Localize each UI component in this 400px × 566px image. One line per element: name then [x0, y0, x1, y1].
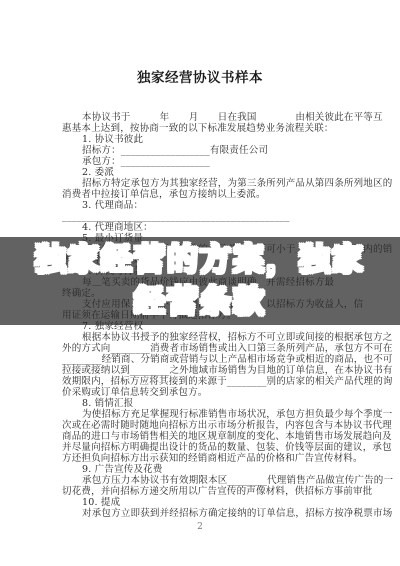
document-line: 拉接或接纳以到________之外地域市场销售为目地的订单信息，在本协议书有	[62, 365, 396, 376]
document-line: 2. 委派	[62, 167, 396, 178]
document-line: 3. 代理商品：	[62, 200, 396, 211]
blank-rule-line: ________________________________________…	[62, 211, 396, 222]
document-line: 8. 销情汇报	[62, 398, 396, 409]
document-page: 独家经营协议书样本 本协议书于 年 月 日在我国 由相关彼此在平等互惠基本上达到…	[0, 0, 400, 566]
document-line: 商品的进口与市场销售相关的地区规章制度的变化、本地销售市场发展趋向及	[62, 431, 396, 442]
document-line: 效期限内，招标方应将其接到的来源于________别的店家的相关产品代理的询	[62, 376, 396, 387]
headline-banner: 独家经营的方案，独家 经营条款	[0, 237, 400, 325]
document-line: 承包方：__________________	[62, 156, 396, 167]
document-line: 方还担负向招标方出示获知的经销商相近产品的价格和广告宣传材料。	[62, 453, 396, 464]
page-number: 2	[0, 522, 400, 532]
document-line: 为使招标方充足掌握现行标准销售市场状况，承包方担负最少每个季度一	[62, 409, 396, 420]
document-line: 消费者中拉接订单信息，承包方接纳以上委派。	[62, 189, 396, 200]
document-line: 招标方特定承包方为其独家经营，为第三条所列产品从第四条所列地区的	[62, 178, 396, 189]
document-line: 本协议书于 年 月 日在我国 由相关彼此在平等互	[62, 112, 396, 123]
document-line: 4. 代理商地区：	[62, 222, 396, 233]
document-line: ________经销商、分销商或营销与以上产品相市场竞争或相近的商品，也不可	[62, 354, 396, 365]
document-line: 切花费，并向招标方递交所用以广告宣传的声像材料，供招标方事前审批	[62, 486, 396, 497]
document-title: 独家经营协议书样本	[0, 66, 400, 86]
document-line: 惠基本上达到，按协商一致的以下标准发展趋势业务流程关联：	[62, 123, 396, 134]
document-line: 次或在必需时随时随地向招标方出示市场分析报告，内容包含与本协议书代理	[62, 420, 396, 431]
document-line: 并尽量向招标方明确提出设计的货品的数量、包装、价钱等层面的建议，承包	[62, 442, 396, 453]
document-line: 招标方：__________________有限责任公司	[62, 145, 396, 156]
document-line: 1. 协议书彼此	[62, 134, 396, 145]
document-line: 10. 提成	[62, 497, 396, 508]
document-line: 对承包方立即获到并经招标方确定接纳的订单信息，招标方按净税票市场	[62, 508, 396, 519]
document-line: 外的方式向________消费者市场销售或出入口第三条所列产品，承包方不可在	[62, 343, 396, 354]
document-line: 9. 广告宣传及花费	[62, 464, 396, 475]
document-line: 价采购或订单信息转交到承包方。	[62, 387, 396, 398]
headline-line-2: 经营条款	[134, 281, 266, 323]
headline-line-1: 独家经营的方案，独家	[35, 239, 365, 281]
document-line: 根据本协议书授予的独家经营权，招标方不可立即或间接的根据承包方之	[62, 332, 396, 343]
document-line: 承包方压力本协议书有效期限本区________代理销售产品做宣传广告的一	[62, 475, 396, 486]
